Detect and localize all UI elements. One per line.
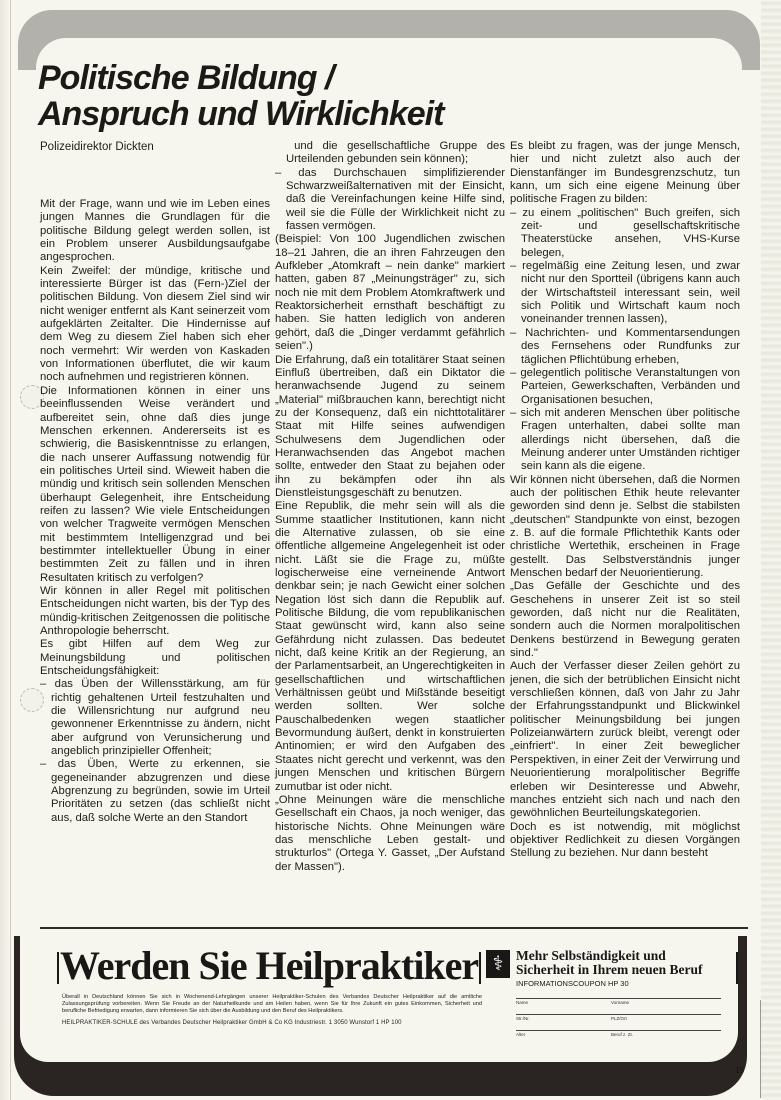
paragraph: Auch der Verfasser dieser Zeilen gehört …: [510, 660, 740, 820]
ad-rule-mid: [479, 952, 481, 984]
paragraph: Die Erfahrung, daß ein totalitärer Staat…: [275, 354, 505, 501]
caduceus-icon: ⚕: [486, 950, 510, 978]
coupon-field-beruf[interactable]: Beruf z. Zt.: [611, 1030, 721, 1042]
list-item: – das Üben, Werte zu erkennen, sie gegen…: [40, 758, 270, 825]
paragraph: Es gibt Hilfen auf dem Weg zur Meinungsb…: [40, 638, 270, 678]
ad-footer-address: HEILPRAKTIKER-SCHULE des Verbandes Deuts…: [62, 1020, 402, 1026]
paragraph: „Ohne Meinungen wäre die menschliche Ges…: [275, 794, 505, 874]
ad-headline: Werden Sie Heilpraktiker: [60, 944, 478, 988]
paragraph: Kein Zweifel: der mündige, kritische und…: [40, 265, 270, 385]
list-item: – sich mit anderen Menschen über politis…: [510, 407, 740, 474]
page-edge-rule: [760, 1000, 761, 1098]
list-item: – zu einem „politischen" Buch greifen, s…: [510, 207, 740, 260]
author-byline: Polizeidirektor Dickten: [40, 141, 154, 153]
scan-margin: [761, 0, 781, 1100]
title-line-1: Politische Bildung /: [38, 59, 333, 97]
list-item: – regelmäßig eine Zeitung lesen, und zwa…: [510, 260, 740, 327]
ad-subheadline: Mehr Selbständigkeit und Sicherheit in I…: [516, 949, 703, 977]
list-item: – das Durchschauen simplifizierender Sch…: [275, 167, 505, 234]
paragraph: Mit der Frage, wann und wie im Leben ein…: [40, 198, 270, 265]
paragraph: Doch es ist notwendig, mit möglichst obj…: [510, 821, 740, 861]
list-item: – gelegentlich politische Veranstaltunge…: [510, 367, 740, 407]
paragraph: Wir können in aller Regel mit politische…: [40, 585, 270, 638]
paragraph: Die Informationen können in einer uns be…: [40, 385, 270, 585]
ad-rule-left: [57, 952, 59, 984]
paragraph: (Beispiel: Von 100 Jugendlichen zwischen…: [275, 233, 505, 353]
ad-subheadline-line-1: Mehr Selbständigkeit und: [516, 948, 666, 963]
page-number: 15: [735, 1066, 744, 1075]
coupon-title: INFORMATIONSCOUPON HP 30: [516, 979, 629, 988]
list-item: – Nachrichten- und Kommentarsendungen de…: [510, 327, 740, 367]
article-column-3: Es bleibt zu fragen, was der junge Mensc…: [510, 140, 740, 861]
article-column-2: und die gesellschaftliche Gruppe des Urt…: [275, 140, 505, 874]
coupon-field-name[interactable]: Name: [516, 998, 611, 1010]
article-title: Politische Bildung / Anspruch und Wirkli…: [38, 60, 443, 132]
page-binding-edge: [0, 0, 11, 1100]
coupon-field-plz-ort[interactable]: PLZ/Ort: [611, 1014, 721, 1026]
coupon-field-vorname[interactable]: Vorname: [611, 998, 721, 1010]
paragraph: Eine Republik, die mehr sein will als di…: [275, 500, 505, 794]
ad-body-text: Überall in Deutschland können Sie sich i…: [62, 994, 482, 1014]
list-item: – das Üben der Willensstärkung, am für r…: [40, 678, 270, 758]
ad-rule-right: [736, 952, 738, 984]
list-item: und die gesellschaftliche Gruppe des Urt…: [275, 140, 505, 167]
coupon-field-alter[interactable]: Alter: [516, 1030, 611, 1042]
article-column-1: Mit der Frage, wann und wie im Leben ein…: [40, 198, 270, 825]
coupon-field-strasse[interactable]: Str./Nr.: [516, 1014, 611, 1026]
ad-divider: [40, 927, 748, 929]
title-line-2: Anspruch und Wirklichkeit: [38, 95, 443, 133]
paragraph: Es bleibt zu fragen, was der junge Mensc…: [510, 140, 740, 207]
ad-subheadline-line-2: Sicherheit in Ihrem neuen Beruf: [516, 962, 703, 977]
paragraph: „Das Gefälle der Geschichte und des Gesc…: [510, 580, 740, 660]
paragraph: Wir können nicht übersehen, daß die Norm…: [510, 474, 740, 581]
